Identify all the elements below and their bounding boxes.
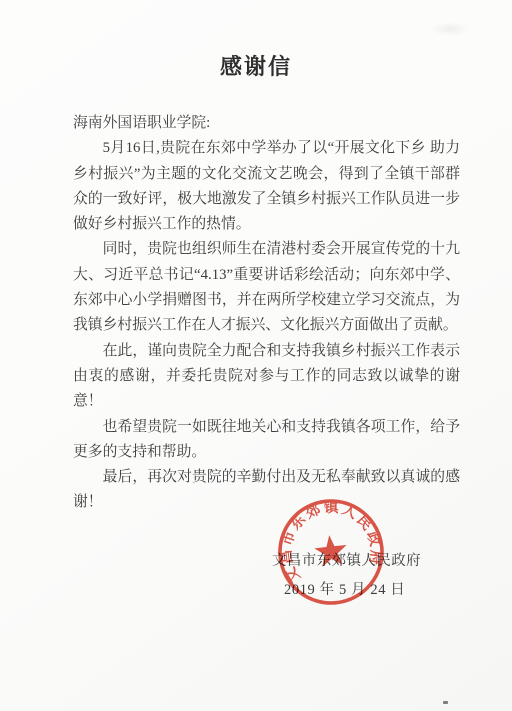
scan-artifact bbox=[443, 701, 448, 704]
letter-body: 海南外国语职业学院: 5月16日,贵院在东郊中学举办了以“开展文化下乡 助力乡村… bbox=[73, 111, 460, 516]
seal-star-icon bbox=[313, 533, 348, 567]
letter-title: 感谢信 bbox=[0, 50, 512, 81]
paragraph-4: 也希望贵院一如既往地关心和支持我镇各项工作，给予更多的支持和帮助。 bbox=[73, 415, 460, 466]
paragraph-3: 在此，谨向贵院全力配合和支持我镇乡村振兴工作表示由衷的感谢，并委托贵院对参与工作… bbox=[73, 339, 460, 415]
paragraph-2: 同时，贵院也组织师生在清港村委会开展宣传党的十九大、习近平总书记“4.13”重要… bbox=[73, 237, 460, 338]
letter-page: 感谢信 海南外国语职业学院: 5月16日,贵院在东郊中学举办了以“开展文化下乡 … bbox=[0, 0, 512, 711]
salutation: 海南外国语职业学院: bbox=[73, 111, 460, 136]
official-seal: 文昌市东郊镇人民政府 bbox=[265, 486, 397, 618]
paragraph-1: 5月16日,贵院在东郊中学举办了以“开展文化下乡 助力乡村振兴”为主题的文化交流… bbox=[73, 136, 460, 237]
scan-smudge bbox=[430, 22, 470, 36]
